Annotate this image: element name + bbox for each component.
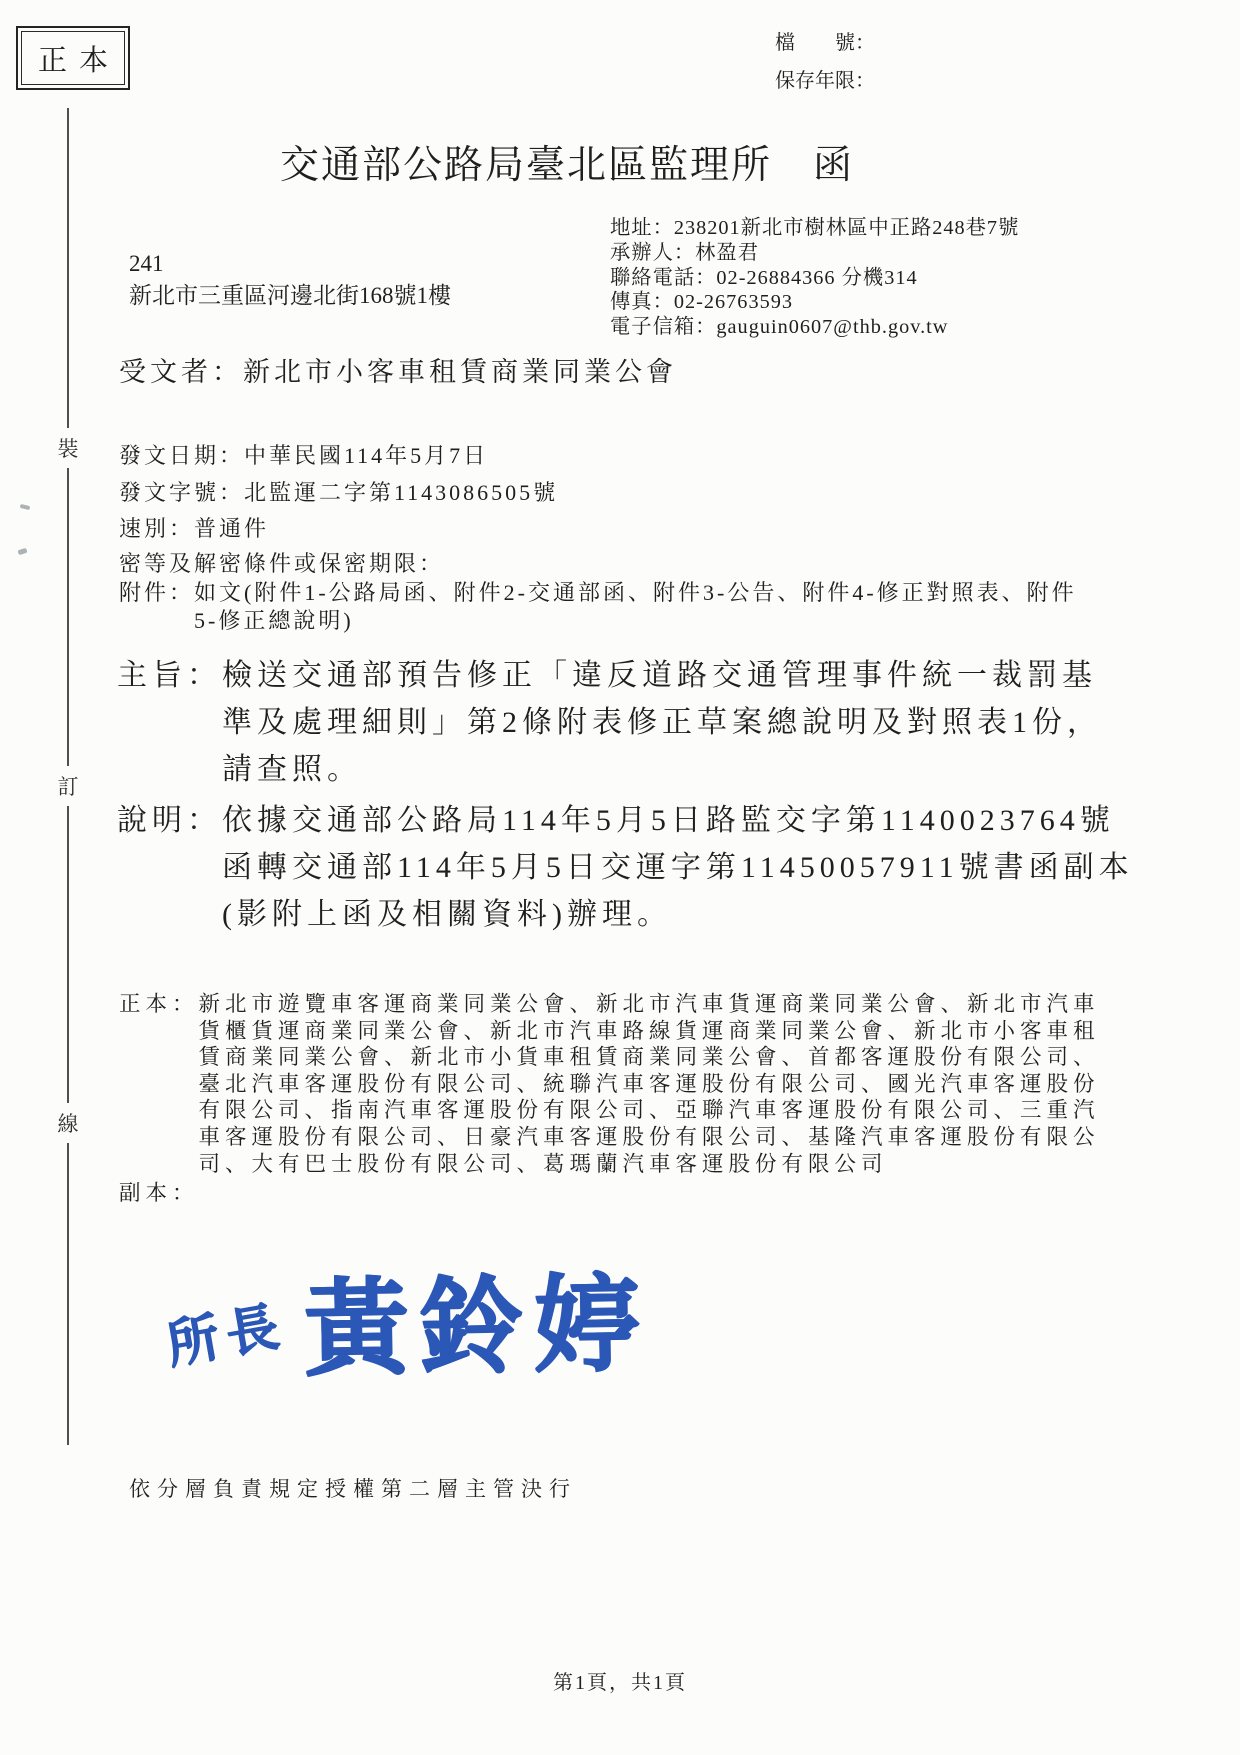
sender-address: 地址：238201新北市樹林區中正路248巷7號: [610, 216, 1019, 241]
scan-artifact: [20, 504, 31, 510]
description-lines: 依據交通部公路局114年5月5日路監交字第1140023764號 函轉交通部11…: [222, 797, 1134, 938]
copy-recipients-label: 副本：: [119, 1176, 199, 1207]
contact-phone: 聯絡電話：02-26884366 分機314: [610, 266, 1019, 291]
attachment-line: 如文(附件1-公路局函、附件2-交通部函、附件3-公告、附件4-修正對照表、附件: [194, 579, 1077, 607]
sender-contact-block: 地址：238201新北市樹林區中正路248巷7號 承辦人：林盈君 聯絡電話：02…: [610, 216, 1019, 340]
contact-fax: 傳真：02-26763593: [610, 290, 1019, 315]
subject-lines: 檢送交通部預告修正「違反道路交通管理事件統一裁罰基 準及處理細則」第2條附表修正…: [222, 652, 1102, 793]
original-recipients-line: 司、大有巴士股份有限公司、葛瑪蘭汽車客運股份有限公司: [199, 1151, 1100, 1178]
description-line: 函轉交通部114年5月5日交運字第11450057911號書函副本: [222, 844, 1134, 891]
retention-label: 保存年限：: [775, 62, 875, 100]
contact-person: 承辦人：林盈君: [610, 241, 1019, 266]
subject-line: 檢送交通部預告修正「違反道路交通管理事件統一裁罰基: [222, 652, 1102, 699]
description-line: 依據交通部公路局114年5月5日路監交字第1140023764號: [222, 797, 1134, 844]
description-label: 說明：: [117, 797, 222, 938]
signer-title: 所長: [160, 1283, 291, 1378]
subject-paragraph: 主旨： 檢送交通部預告修正「違反道路交通管理事件統一裁罰基 準及處理細則」第2條…: [117, 652, 1102, 793]
original-recipients-label: 正本：: [119, 991, 199, 1177]
description-line: (影附上函及相關資料)辦理。: [222, 891, 1134, 938]
copy-type-stamp: 正本: [16, 26, 130, 90]
file-number-block: 檔 號： 保存年限：: [775, 24, 875, 100]
original-recipients-line: 有限公司、指南汽車客運股份有限公司、亞聯汽車客運股份有限公司、三重汽: [199, 1097, 1100, 1124]
subject-line: 請查照。: [222, 746, 1102, 793]
security-classification: 密等及解密條件或保密期限：: [119, 547, 444, 578]
attachment-line: 5-修正總說明): [194, 607, 1077, 635]
recipient-line: 受文者：新北市小客車租賃商業同業公會: [119, 350, 677, 389]
binding-mark-ding: 訂: [54, 766, 82, 806]
file-number-label: 檔 號：: [775, 24, 875, 62]
attachment-field: 附件： 如文(附件1-公路局函、附件2-交通部函、附件3-公告、附件4-修正對照…: [119, 579, 1077, 634]
binding-mark-xian: 線: [54, 1103, 82, 1143]
issue-date: 發文日期：中華民國114年5月7日: [119, 439, 488, 470]
contact-email: 電子信箱：gauguin0607@thb.gov.tw: [610, 315, 1019, 340]
original-recipients-field: 正本： 新北市遊覽車客運商業同業公會、新北市汽車貨運商業同業公會、新北市汽車 貨…: [119, 991, 1100, 1177]
original-recipients-line: 臺北汽車客運股份有限公司、統聯汽車客運股份有限公司、國光汽車客運股份: [199, 1071, 1100, 1098]
priority: 速別：普通件: [119, 512, 269, 543]
document-title: 交通部公路局臺北區監理所 函: [280, 134, 854, 190]
page-footer: 第1頁，共1頁: [0, 1666, 1240, 1695]
recipient-street-address: 新北市三重區河邊北街168號1樓: [129, 280, 451, 312]
authorization-note: 依分層負責規定授權第二層主管決行: [129, 1473, 577, 1503]
attachment-label: 附件：: [119, 579, 194, 634]
description-paragraph: 說明： 依據交通部公路局114年5月5日路監交字第1140023764號 函轉交…: [117, 797, 1134, 938]
binding-mark-zhuang: 裝: [54, 428, 82, 468]
original-recipients-line: 新北市遊覽車客運商業同業公會、新北市汽車貨運商業同業公會、新北市汽車: [199, 991, 1100, 1018]
copy-type-label: 正本: [21, 31, 125, 85]
subject-line: 準及處理細則」第2條附表修正草案總說明及對照表1份，: [222, 699, 1102, 746]
original-recipients-lines: 新北市遊覽車客運商業同業公會、新北市汽車貨運商業同業公會、新北市汽車 貨櫃貨運商…: [199, 991, 1100, 1177]
recipient-postal-code: 241: [129, 248, 451, 280]
original-recipients-line: 賃商業同業公會、新北市小貨車租賃商業同業公會、首都客運股份有限公司、: [199, 1044, 1100, 1071]
subject-label: 主旨：: [117, 652, 222, 793]
document-number: 發文字號：北監運二字第1143086505號: [119, 476, 558, 507]
signer-name: 黃鈴婷: [302, 1240, 650, 1397]
original-recipients-line: 車客運股份有限公司、日豪汽車客運股份有限公司、基隆汽車客運股份有限公: [199, 1124, 1100, 1151]
scan-artifact: [17, 548, 27, 556]
mailing-address-block: 241 新北市三重區河邊北街168號1樓: [129, 248, 451, 312]
attachment-lines: 如文(附件1-公路局函、附件2-交通部函、附件3-公告、附件4-修正對照表、附件…: [194, 579, 1077, 634]
official-letter-page: 正本 檔 號： 保存年限： 交通部公路局臺北區監理所 函 241 新北市三重區河…: [0, 0, 1240, 1755]
original-recipients-line: 貨櫃貨運商業同業公會、新北市汽車路線貨運商業同業公會、新北市小客車租: [199, 1018, 1100, 1045]
